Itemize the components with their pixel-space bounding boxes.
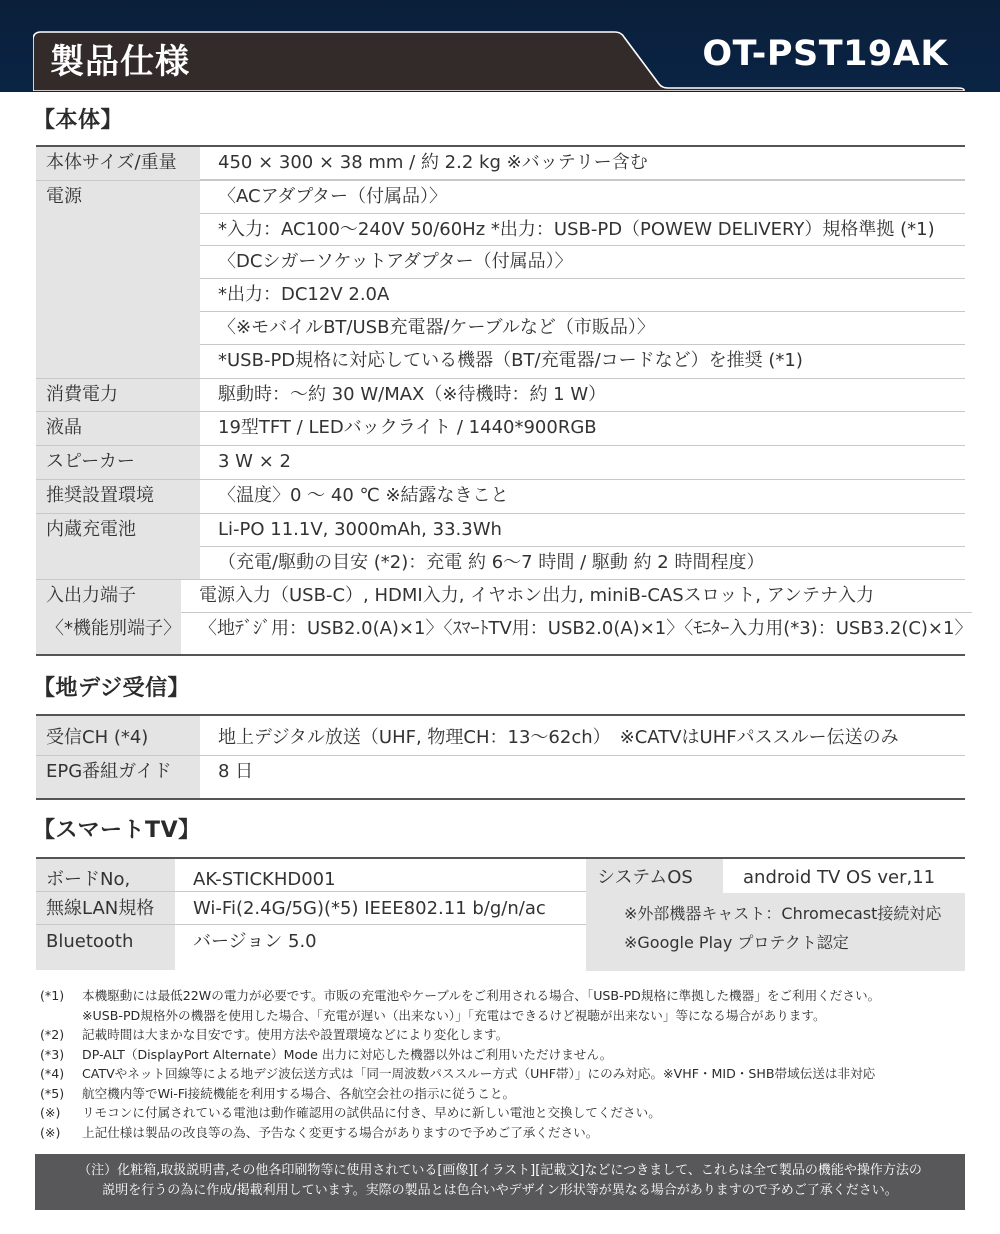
footnote: ※USB-PD規格外の機器を使用した場合、「充電が遅い（出来ない）」「充電はでき… bbox=[40, 1006, 970, 1026]
spec-row-battery: 内蔵充電池 Li-PO 11.1V, 3000mAh, 33.3Wh （充電/駆… bbox=[36, 513, 965, 580]
spec-label: ボードNo, bbox=[36, 859, 175, 891]
spec-value: *USB-PD規格に対応している機器（BT/充電器/コードなど）を推奨 (*1) bbox=[200, 345, 965, 378]
spec-label: 受信CH (*4) bbox=[36, 716, 200, 755]
spec-value: Li-PO 11.1V, 3000mAh, 33.3Wh bbox=[200, 514, 965, 547]
footnote: (※)上記仕様は製品の改良等の為、予告なく変更する場合がありますので予めご了承く… bbox=[40, 1123, 970, 1143]
footnote: (*1)本機駆動には最低22Wの電力が必要です。市販の充電池やケーブルをご利用さ… bbox=[40, 986, 970, 1006]
spec-value: Wi-Fi(2.4G/5G)(*5) IEEE802.11 b/g/n/ac bbox=[175, 892, 586, 924]
section-title-smart-tv: 【スマートTV】 bbox=[33, 816, 201, 846]
spec-value: 電源入力（USB-C）, HDMI入力, イヤホン出力, miniB-CASスロ… bbox=[181, 580, 972, 613]
disclaimer-line: 説明を行うの為に作成/掲載利用しています。実際の製品とは色合いやデザイン形状等が… bbox=[35, 1181, 965, 1201]
spec-row-channels: 受信CH (*4) 地上デジタル放送（UHF, 物理CH：13〜62ch） ※C… bbox=[36, 716, 965, 755]
spec-value: *入力：AC100〜240V 50/60Hz *出力：USB-PD（POWEW … bbox=[200, 214, 965, 247]
footnote: (*4)CATVやネット回線等による地デジ波伝送方式は「同一周波数パススルー方式… bbox=[40, 1064, 970, 1084]
section-title-main-unit: 【本体】 bbox=[33, 106, 123, 136]
spec-label: 入出力端子 〈*機能別端子〉 bbox=[36, 580, 181, 654]
footnote: (*3)DP-ALT（DisplayPort Alternate）Mode 出力… bbox=[40, 1045, 970, 1065]
note-play-protect: ※Google Play プロテクト認定 bbox=[624, 928, 965, 957]
spec-value: android TV OS ver,11 bbox=[723, 859, 965, 893]
spec-row-environment: 推奨設置環境 〈温度〉0 〜 40 ℃ ※結露なきこと bbox=[36, 479, 965, 513]
spec-row-bluetooth: Bluetooth バージョン 5.0 bbox=[36, 925, 586, 970]
spec-value: 〈※モバイルBT/USB充電器/ケーブルなど（市販品）〉 bbox=[200, 312, 965, 345]
spec-value: 〈DCシガーソケットアダプター（付属品）〉 bbox=[200, 246, 965, 279]
spec-label: 電源 bbox=[36, 181, 200, 378]
model-number: OT-PST19AK bbox=[702, 30, 948, 78]
spec-table-digital-tv: 受信CH (*4) 地上デジタル放送（UHF, 物理CH：13〜62ch） ※C… bbox=[36, 714, 965, 800]
spec-row-power-source: 電源 〈ACアダプター（付属品）〉 *入力：AC100〜240V 50/60Hz… bbox=[36, 180, 965, 378]
spec-value: 8 日 bbox=[200, 756, 965, 789]
spec-label: 内蔵充電池 bbox=[36, 514, 200, 580]
page-header: 製品仕様 OT-PST19AK bbox=[0, 0, 1000, 92]
spec-label: Bluetooth bbox=[36, 925, 175, 970]
spec-row-io-ports: 入出力端子 〈*機能別端子〉 電源入力（USB-C）, HDMI入力, イヤホン… bbox=[36, 579, 965, 654]
spec-label: EPG番組ガイド bbox=[36, 756, 200, 798]
spec-label: 本体サイズ/重量 bbox=[36, 147, 200, 180]
spec-row-speaker: スピーカー 3 W × 2 bbox=[36, 445, 965, 479]
spec-row-board-no: ボードNo, AK-STICKHD001 bbox=[36, 859, 586, 892]
spec-label: 推奨設置環境 bbox=[36, 480, 200, 513]
footnotes: (*1)本機駆動には最低22Wの電力が必要です。市販の充電池やケーブルをご利用さ… bbox=[40, 986, 970, 1142]
footnote: (*5)航空機内等でWi-Fi接続機能を利用する場合、各航空会社の指示に従うこと… bbox=[40, 1084, 970, 1104]
page-title: 製品仕様 bbox=[50, 38, 190, 86]
spec-value: （充電/駆動の目安 (*2)：充電 約 6〜7 時間 / 駆動 約 2 時間程度… bbox=[200, 547, 965, 580]
spec-label: 液晶 bbox=[36, 412, 200, 445]
smart-tv-notes: ※外部機器キャスト：Chromecast接続対応 ※Google Play プロ… bbox=[586, 893, 965, 971]
spec-row-epg: EPG番組ガイド 8 日 bbox=[36, 755, 965, 798]
spec-value: バージョン 5.0 bbox=[175, 925, 586, 970]
spec-label: 無線LAN規格 bbox=[36, 892, 175, 924]
spec-value: 〈温度〉0 〜 40 ℃ ※結露なきこと bbox=[200, 480, 965, 513]
disclaimer-box: （注）化粧箱,取扱説明書,その他各印刷物等に使用されている[画像][イラスト][… bbox=[35, 1154, 965, 1210]
spec-row-size-weight: 本体サイズ/重量 450 × 300 × 38 mm / 約 2.2 kg ※バ… bbox=[36, 147, 965, 180]
spec-value: 〈ACアダプター（付属品）〉 bbox=[200, 181, 965, 214]
spec-value: 19型TFT / LEDバックライト / 1440*900RGB bbox=[200, 412, 965, 445]
spec-value: 地上デジタル放送（UHF, 物理CH：13〜62ch） ※CATVはUHFパスス… bbox=[200, 722, 965, 755]
spec-row-power-consumption: 消費電力 駆動時：〜約 30 W/MAX（※待機時：約 1 W） bbox=[36, 378, 965, 412]
spec-table-smart-tv: ボードNo, AK-STICKHD001 無線LAN規格 Wi-Fi(2.4G/… bbox=[36, 857, 965, 971]
disclaimer-line: （注）化粧箱,取扱説明書,その他各印刷物等に使用されている[画像][イラスト][… bbox=[35, 1161, 965, 1181]
spec-table-main-unit: 本体サイズ/重量 450 × 300 × 38 mm / 約 2.2 kg ※バ… bbox=[36, 145, 965, 656]
spec-row-display: 液晶 19型TFT / LEDバックライト / 1440*900RGB bbox=[36, 411, 965, 445]
footnote: (※)リモコンに付属されている電池は動作確認用の試供品に付き、早めに新しい電池と… bbox=[40, 1103, 970, 1123]
spec-value: 450 × 300 × 38 mm / 約 2.2 kg ※バッテリー含む bbox=[200, 147, 965, 180]
note-chromecast: ※外部機器キャスト：Chromecast接続対応 bbox=[624, 899, 965, 928]
spec-value: 〈地ﾃﾞｼﾞ用：USB2.0(A)×1〉〈ｽﾏｰﾄTV用：USB2.0(A)×1… bbox=[181, 613, 972, 646]
spec-label: スピーカー bbox=[36, 446, 200, 479]
spec-value: 3 W × 2 bbox=[200, 446, 965, 479]
spec-value: AK-STICKHD001 bbox=[175, 859, 586, 891]
spec-label: システムOS bbox=[586, 859, 723, 893]
spec-row-system-os: システムOS android TV OS ver,11 bbox=[586, 859, 965, 893]
spec-label: 消費電力 bbox=[36, 379, 200, 412]
spec-row-wireless-lan: 無線LAN規格 Wi-Fi(2.4G/5G)(*5) IEEE802.11 b/… bbox=[36, 892, 586, 925]
section-title-digital-tv: 【地デジ受信】 bbox=[33, 674, 190, 704]
spec-value: *出力：DC12V 2.0A bbox=[200, 279, 965, 312]
footnote: (*2)記載時間は大まかな目安です。使用方法や設置環境などにより変化します。 bbox=[40, 1025, 970, 1045]
spec-value: 駆動時：〜約 30 W/MAX（※待機時：約 1 W） bbox=[200, 379, 965, 412]
